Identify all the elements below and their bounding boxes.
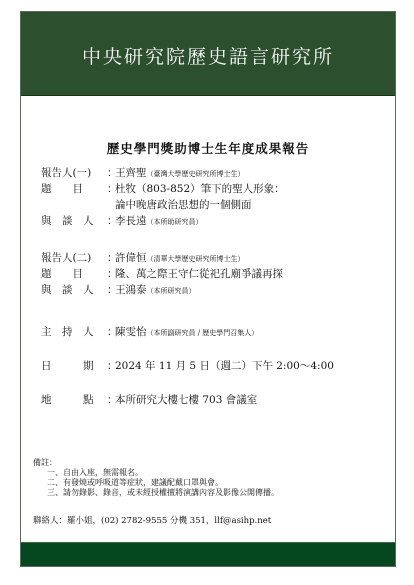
discussant-1-row: 與 談 人：李長遠（本所助研究員）: [41, 214, 203, 229]
reporter-2-name: 許偉恒: [115, 252, 147, 264]
discussant-2-label: 與 談 人: [41, 283, 107, 297]
note-item: 三、請勿錄影、錄音，或未經授權擅將演講內容及影像公開傳播。: [33, 488, 279, 498]
discussant-2-name: 王鴻泰: [115, 284, 147, 296]
notes-section: 備註： 一、自由入座，無需報名。 二、有發燒或呼吸道等症狀，建議配戴口罩與會。 …: [33, 458, 279, 498]
reporter-1-affiliation: （臺灣大學歷史研究所博士生）: [147, 170, 245, 178]
reporter-2-affiliation: （清華大學歷史研究所博士生）: [147, 255, 245, 263]
host-label: 主 持 人: [41, 325, 107, 339]
date-value: 2024 年 11 月 5 日（週二）下午 2:00～4:00: [115, 360, 334, 372]
contact-info: 聯絡人：羅小姐，(02) 2782-9555 分機 351，llf@asihp.…: [33, 514, 271, 526]
event-title: 歷史學門獎助博士生年度成果報告: [21, 139, 395, 157]
colon: ：: [107, 214, 115, 228]
topic-2-line-1: 隆、萬之際王守仁從祀孔廟爭議再探: [115, 268, 283, 280]
host-affiliation: （本所副研究員 / 歷史學門召集人）: [147, 329, 259, 337]
topic-2-row: 題 目：隆、萬之際王守仁從祀孔廟爭議再探: [41, 267, 283, 281]
colon: ：: [107, 325, 115, 339]
date-label: 日 期: [41, 359, 107, 373]
colon: ：: [107, 182, 115, 196]
reporter-1-row: 報告人(一)：王齊聖（臺灣大學歷史研究所博士生）: [41, 166, 245, 181]
topic-1-line-2: 論中晚唐政治思想的一個側面: [115, 198, 252, 212]
colon: ：: [107, 251, 115, 265]
host-row: 主 持 人：陳雯怡（本所副研究員 / 歷史學門召集人）: [41, 325, 258, 340]
colon: ：: [107, 393, 115, 407]
discussant-1-name: 李長遠: [115, 215, 147, 227]
topic-1-label: 題 目: [41, 182, 107, 196]
footer-banner: [21, 542, 395, 566]
note-item: 一、自由入座，無需報名。: [33, 468, 279, 478]
discussant-1-label: 與 談 人: [41, 214, 107, 228]
poster-page: 中央研究院歷史語言研究所 歷史學門獎助博士生年度成果報告 報告人(一)：王齊聖（…: [20, 11, 396, 567]
colon: ：: [107, 359, 115, 373]
location-value: 本所研究大樓七樓 703 會議室: [115, 394, 257, 406]
reporter-2-label: 報告人(二): [41, 251, 107, 265]
topic-1-row: 題 目：杜牧（803-852）筆下的聖人形象：: [41, 182, 285, 196]
topic-2-label: 題 目: [41, 267, 107, 281]
topic-1-line-1: 杜牧（803-852）筆下的聖人形象：: [115, 183, 285, 195]
reporter-1-label: 報告人(一): [41, 166, 107, 180]
reporter-1-name: 王齊聖: [115, 167, 147, 179]
date-row: 日 期：2024 年 11 月 5 日（週二）下午 2:00～4:00: [41, 359, 334, 373]
colon: ：: [107, 283, 115, 297]
institute-title: 中央研究院歷史語言研究所: [21, 42, 395, 69]
note-item: 二、有發燒或呼吸道等症狀，建議配戴口罩與會。: [33, 478, 279, 488]
discussant-2-row: 與 談 人：王鴻泰（本所研究員）: [41, 283, 196, 298]
notes-title: 備註：: [33, 458, 279, 468]
colon: ：: [107, 267, 115, 281]
location-row: 地 點：本所研究大樓七樓 703 會議室: [41, 393, 257, 407]
host-name: 陳雯怡: [115, 326, 147, 338]
discussant-1-affiliation: （本所助研究員）: [147, 218, 203, 226]
header-banner: 中央研究院歷史語言研究所: [21, 12, 395, 96]
discussant-2-affiliation: （本所研究員）: [147, 287, 196, 295]
location-label: 地 點: [41, 393, 107, 407]
reporter-2-row: 報告人(二)：許偉恒（清華大學歷史研究所博士生）: [41, 251, 245, 266]
colon: ：: [107, 166, 115, 180]
